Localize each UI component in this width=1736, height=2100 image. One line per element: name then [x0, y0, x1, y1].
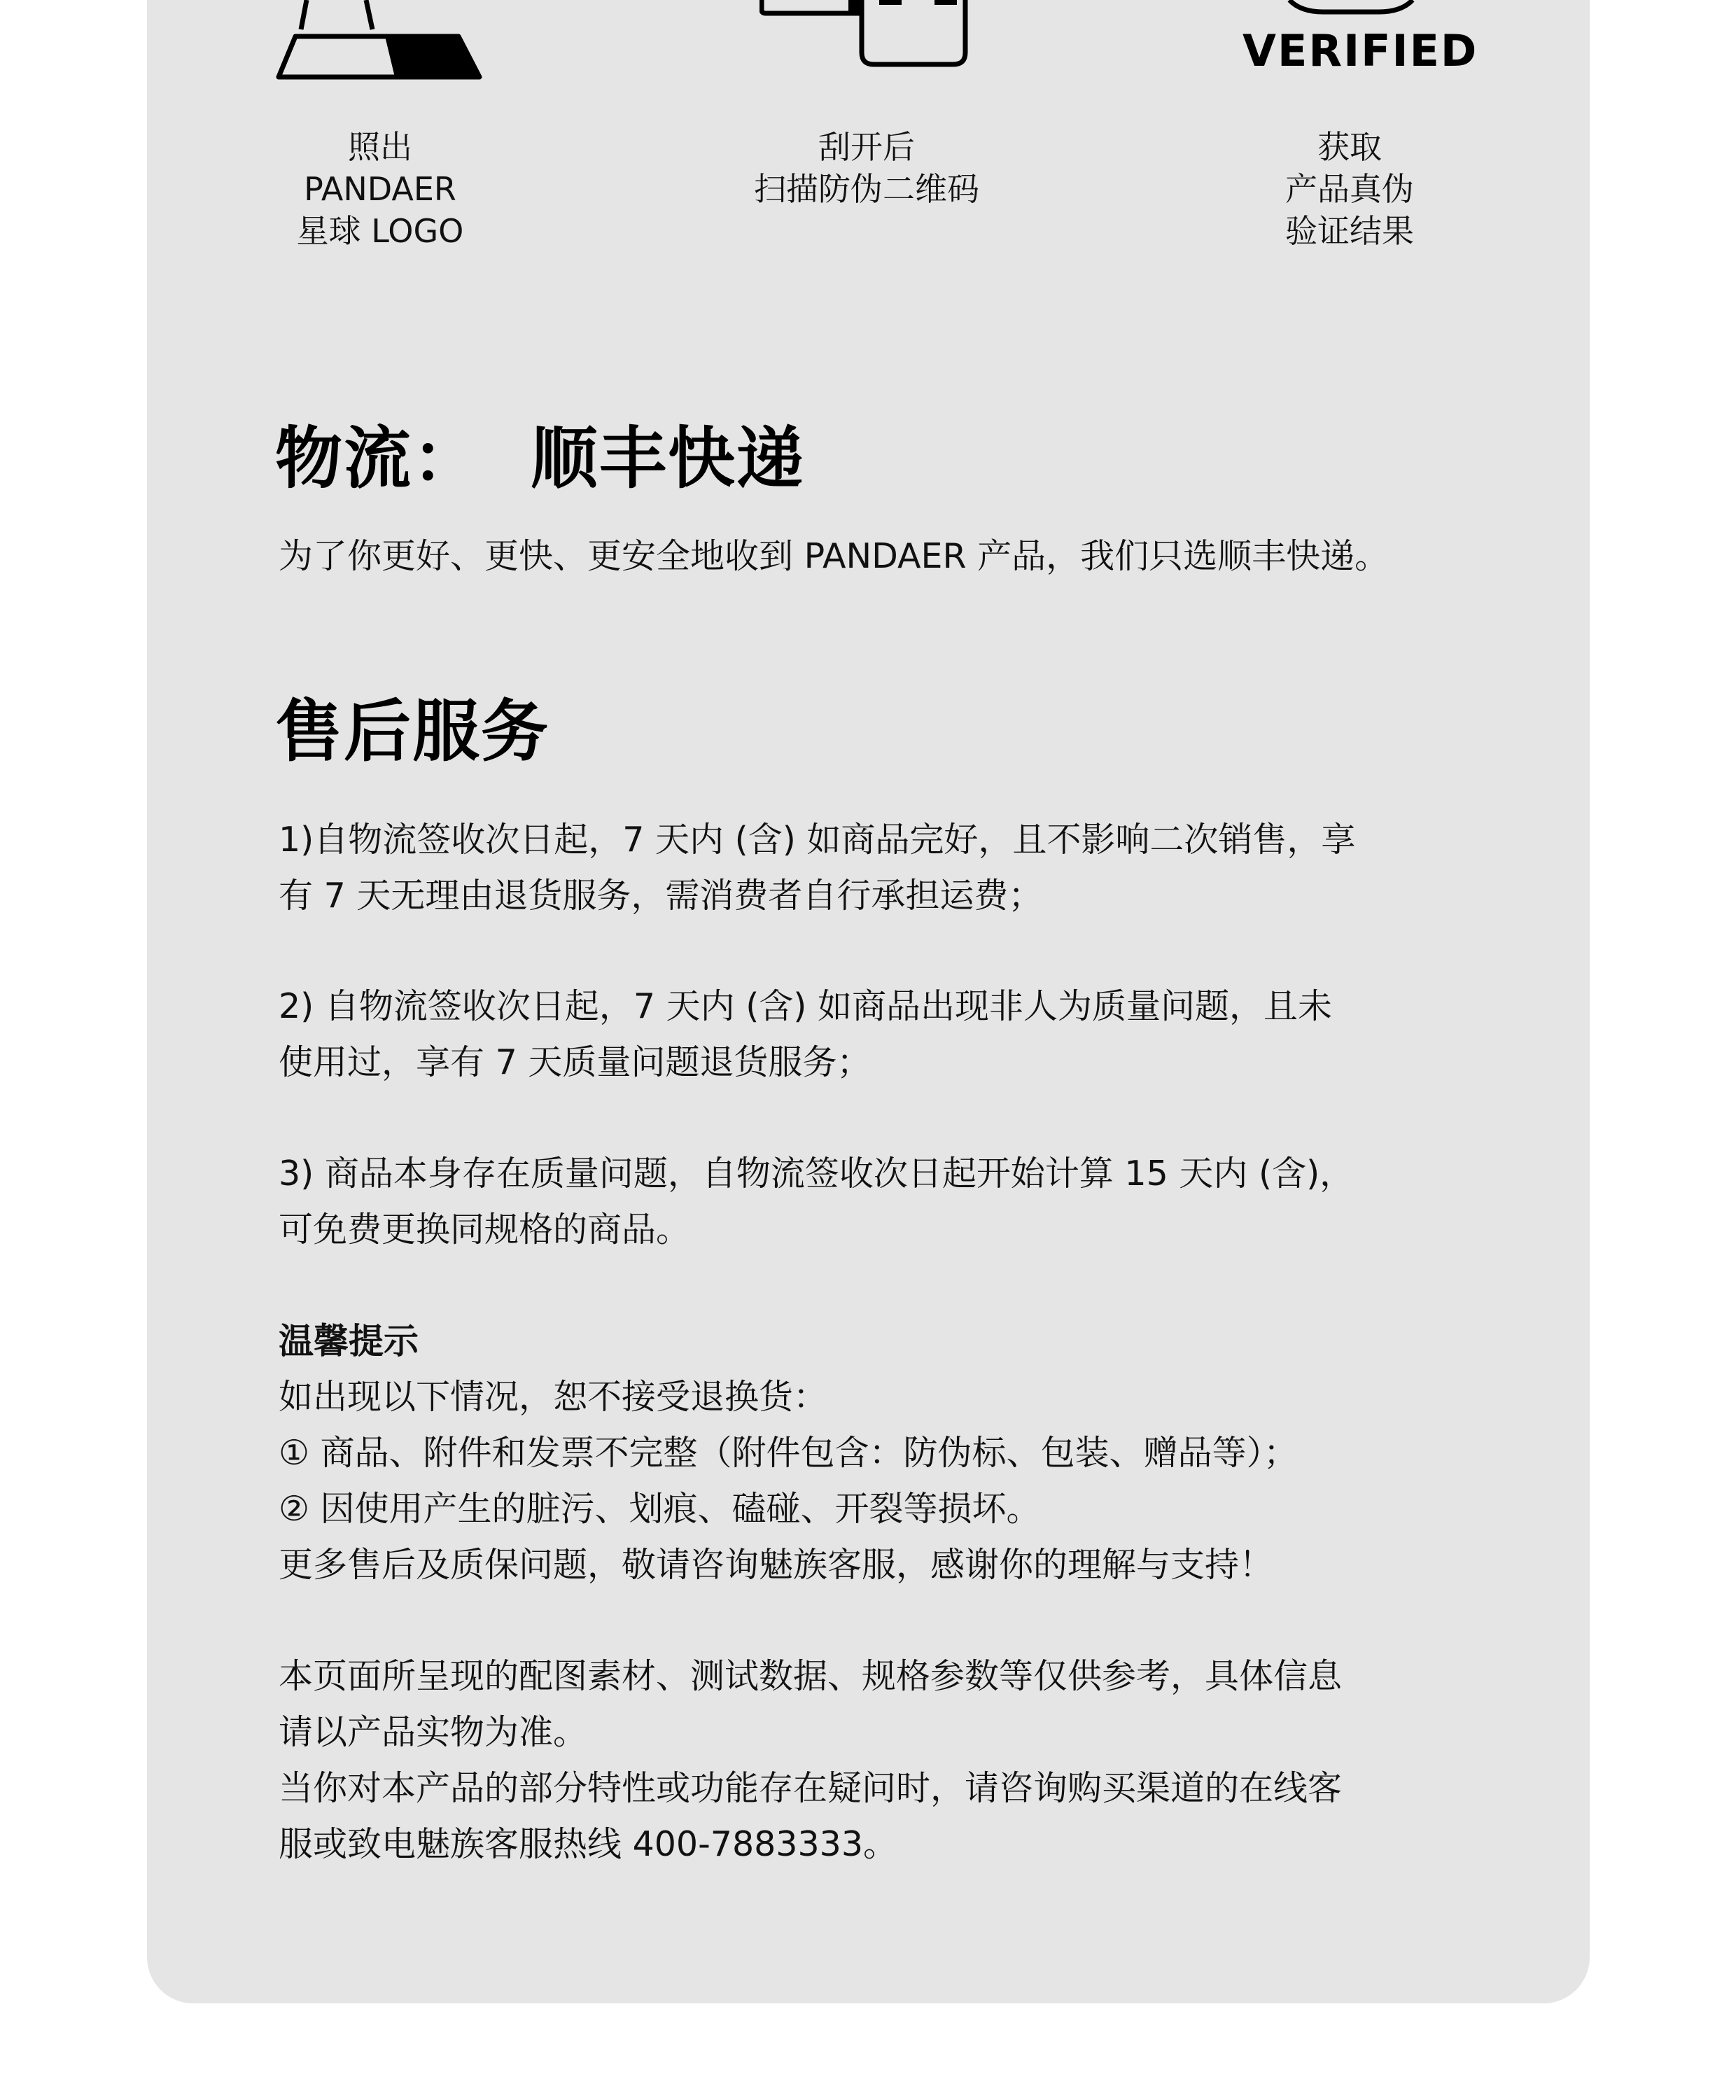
disclaimer-line: 请以产品实物为准。 [279, 1704, 1469, 1760]
tips-block: 温馨提示 如出现以下情况，恕不接受退换货： ① 商品、附件和发票不完整（附件包含… [279, 1313, 1469, 1593]
flashlight-icon [273, 0, 490, 84]
policy-line: 有 7 天无理由退货服务，需消费者自行承担运费； [279, 868, 1469, 924]
tips-line: ① 商品、附件和发票不完整（附件包含：防伪标、包装、赠品等）； [279, 1425, 1469, 1481]
step-caption-logo: 照出 PANDAER 星球 LOGO [205, 126, 555, 252]
disclaimer-line: 当你对本产品的部分特性或功能存在疑问时，请咨询购买渠道的在线客 [279, 1760, 1469, 1816]
policy-line: 使用过，享有 7 天质量问题退货服务； [279, 1035, 1469, 1091]
verified-badge-icon [1281, 0, 1421, 17]
verified-badge-text: VERIFIED [1242, 28, 1459, 74]
policy-2: 2) 自物流签收次日起，7 天内 (含) 如商品出现非人为质量问题，且未 使用过… [279, 979, 1469, 1091]
policy-line: 1)自物流签收次日起，7 天内 (含) 如商品完好，且不影响二次销售，享 [279, 812, 1469, 868]
caption-line: 验证结果 [1175, 210, 1525, 252]
disclaimer-line: 本页面所呈现的配图素材、测试数据、规格参数等仅供参考，具体信息 [279, 1648, 1469, 1704]
disclaimer-line: 服或致电魅族客服热线 400-7883333。 [279, 1816, 1469, 1872]
step-caption-verify: 获取 产品真伪 验证结果 [1175, 126, 1525, 252]
logistics-title: 物流： 顺丰快递 [275, 420, 805, 497]
caption-line: 获取 [1175, 126, 1525, 168]
tips-title: 温馨提示 [279, 1313, 1469, 1369]
caption-line: 产品真伪 [1175, 168, 1525, 210]
caption-line: 照出 [205, 126, 555, 168]
after-sales-title: 售后服务 [275, 693, 549, 770]
caption-line: 刮开后 [692, 126, 1042, 168]
caption-line: 星球 LOGO [205, 210, 555, 252]
tips-line: 如出现以下情况，恕不接受退换货： [279, 1369, 1469, 1425]
scratch-card-qr-icon [759, 0, 976, 70]
logistics-description: 为了你更好、更快、更安全地收到 PANDAER 产品，我们只选顺丰快递。 [279, 528, 1469, 584]
disclaimer-block: 本页面所呈现的配图素材、测试数据、规格参数等仅供参考，具体信息 请以产品实物为准… [279, 1648, 1469, 1872]
caption-line: PANDAER [205, 168, 555, 210]
policy-line: 2) 自物流签收次日起，7 天内 (含) 如商品出现非人为质量问题，且未 [279, 979, 1469, 1035]
step-caption-qr: 刮开后 扫描防伪二维码 [692, 126, 1042, 210]
tips-line: ② 因使用产生的脏污、划痕、磕碰、开裂等损坏。 [279, 1481, 1469, 1537]
policy-line: 3) 商品本身存在质量问题，自物流签收次日起开始计算 15 天内 (含)， [279, 1146, 1469, 1202]
caption-line: 扫描防伪二维码 [692, 168, 1042, 210]
policy-1: 1)自物流签收次日起，7 天内 (含) 如商品完好，且不影响二次销售，享 有 7… [279, 812, 1469, 924]
policy-3: 3) 商品本身存在质量问题，自物流签收次日起开始计算 15 天内 (含)， 可免… [279, 1146, 1469, 1258]
tips-line: 更多售后及质保问题，敬请咨询魅族客服，感谢你的理解与支持！ [279, 1537, 1469, 1593]
policy-line: 可免费更换同规格的商品。 [279, 1202, 1469, 1258]
